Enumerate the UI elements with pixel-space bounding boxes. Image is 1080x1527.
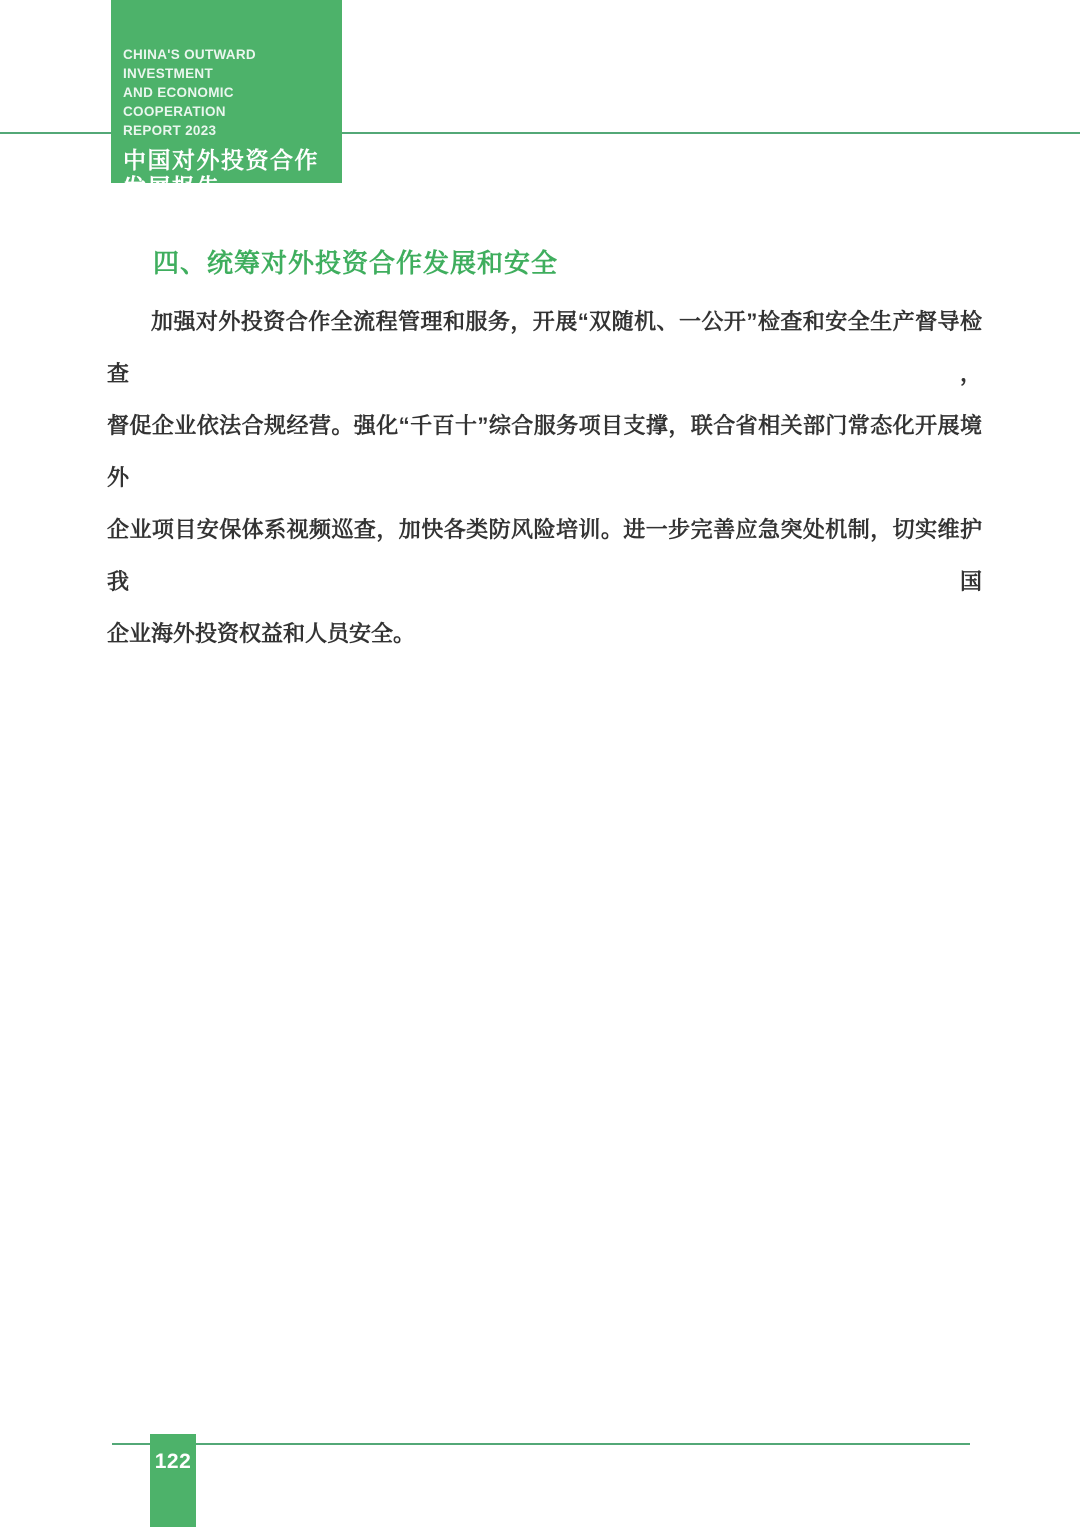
page-number-box: 122 bbox=[150, 1434, 196, 1527]
report-title-chinese: 中国对外投资合作 发展报告 bbox=[123, 147, 332, 201]
report-title-english-line3: REPORT 2023 bbox=[123, 121, 332, 140]
body-paragraph: 加强对外投资合作全流程管理和服务，开展“双随机、一公开”检查和安全生产督导检查，… bbox=[107, 296, 982, 660]
paragraph-line: 加强对外投资合作全流程管理和服务，开展“双随机、一公开”检查和安全生产督导检查， bbox=[107, 296, 982, 400]
report-brand-box: CHINA'S OUTWARD INVESTMENT AND ECONOMIC … bbox=[111, 0, 342, 183]
report-title-chinese-line2: 发展报告 bbox=[123, 174, 332, 201]
report-year: 2023 bbox=[123, 202, 332, 233]
page-number: 122 bbox=[155, 1450, 192, 1473]
report-page: CHINA'S OUTWARD INVESTMENT AND ECONOMIC … bbox=[0, 0, 1080, 1527]
section-heading: 四、统筹对外投资合作发展和安全 bbox=[153, 243, 558, 280]
paragraph-line: 企业项目安保体系视频巡查，加快各类防风险培训。进一步完善应急突处机制，切实维护我… bbox=[107, 504, 982, 608]
report-title-english-line2: AND ECONOMIC COOPERATION bbox=[123, 83, 332, 121]
report-title-english: CHINA'S OUTWARD INVESTMENT AND ECONOMIC … bbox=[123, 45, 332, 140]
report-title-chinese-line1: 中国对外投资合作 bbox=[123, 147, 332, 174]
footer-rule bbox=[112, 1443, 970, 1445]
report-title-english-line1: CHINA'S OUTWARD INVESTMENT bbox=[123, 45, 332, 83]
paragraph-line: 企业海外投资权益和人员安全。 bbox=[107, 608, 982, 660]
paragraph-line: 督促企业依法合规经营。强化“千百十”综合服务项目支撑，联合省相关部门常态化开展境… bbox=[107, 400, 982, 504]
